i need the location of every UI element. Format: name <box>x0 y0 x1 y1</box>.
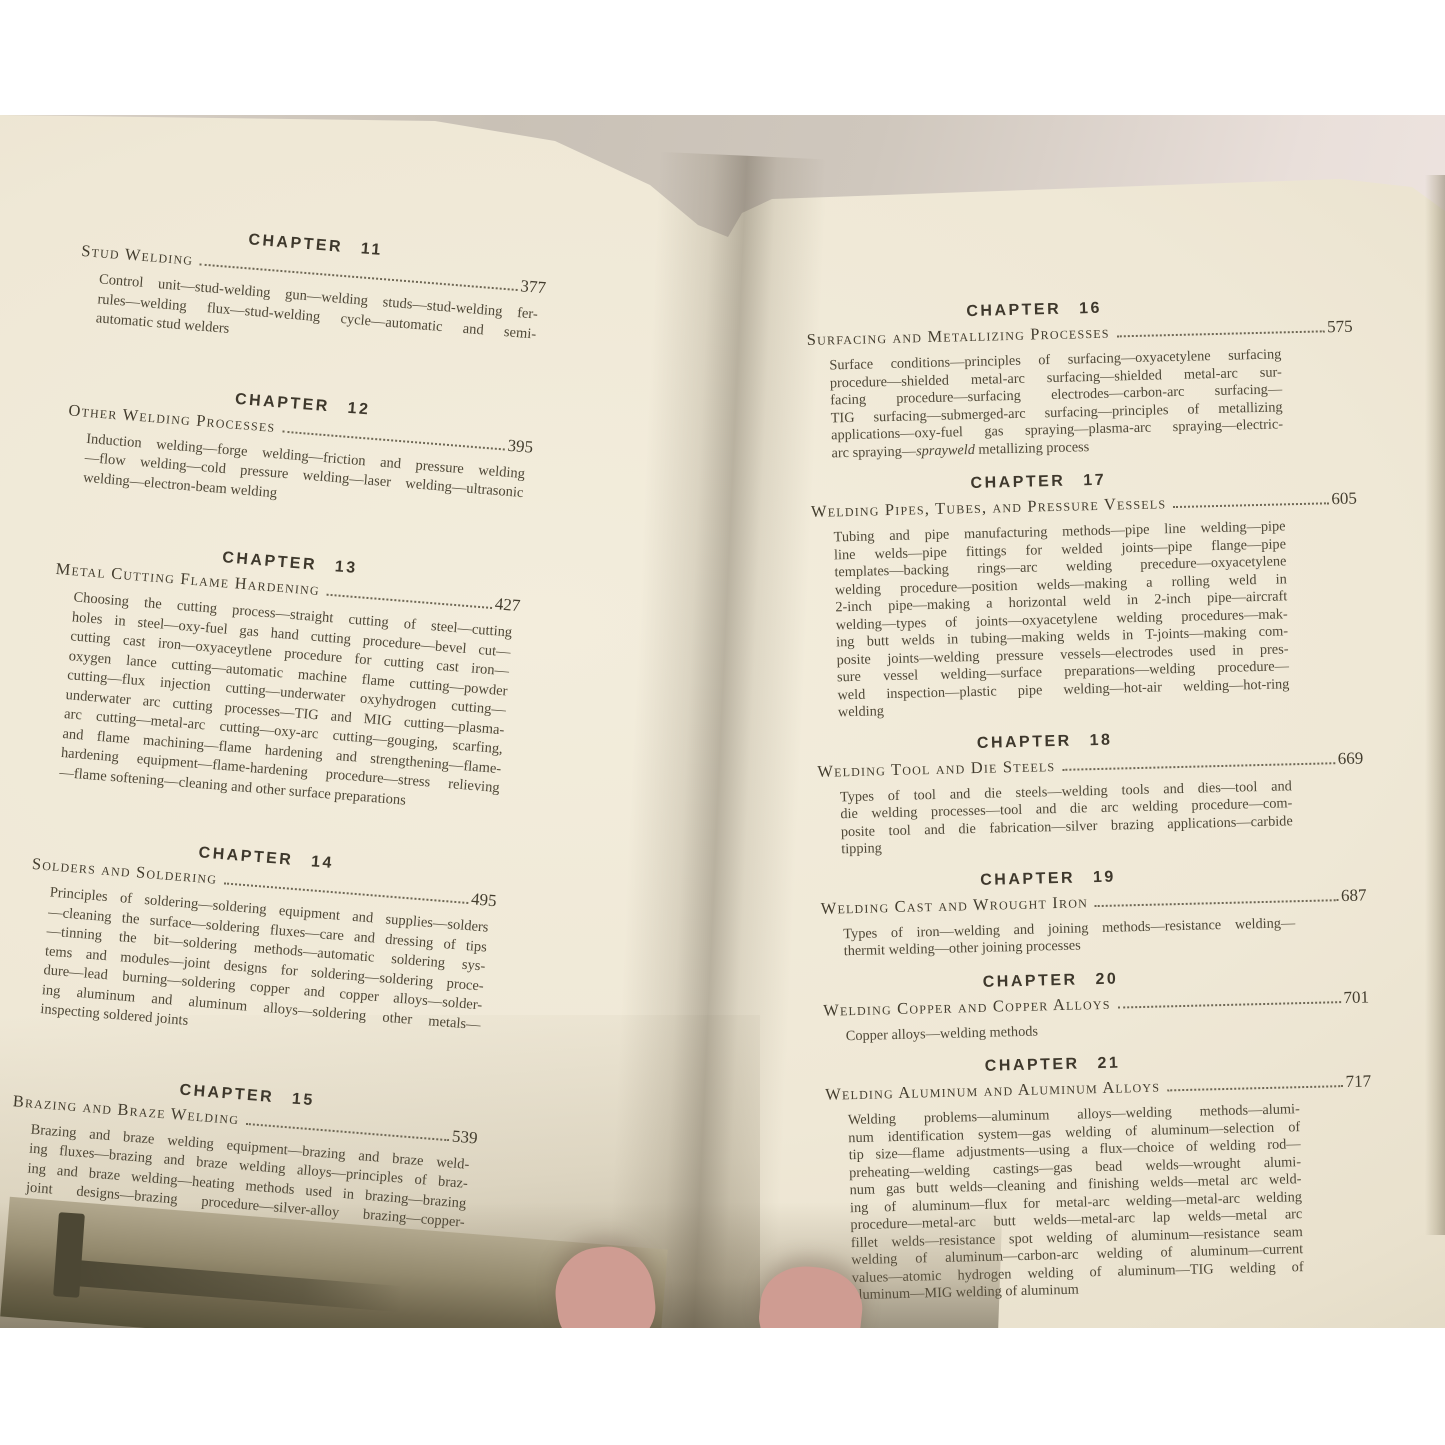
chapter-summary: Tubing and pipe manufacturing methods—pi… <box>833 518 1290 721</box>
chapter-entry: CHAPTER 18Welding Tool and Die Steels669… <box>817 725 1366 859</box>
chapter-title: Welding Aluminum and Aluminum Alloys <box>825 1077 1160 1105</box>
dotted-leader <box>1173 502 1328 508</box>
chapter-title: Stud Welding <box>81 241 195 270</box>
chapter-summary: Types of iron—welding and joining method… <box>843 915 1296 961</box>
chapter-page-number: 539 <box>451 1126 478 1148</box>
chapter-page-number: 687 <box>1341 885 1367 906</box>
chapter-summary: Surface conditions—principles of surfaci… <box>829 346 1283 462</box>
chapter-page-number: 377 <box>520 276 547 298</box>
chapter-page-number: 575 <box>1327 317 1353 338</box>
dotted-leader <box>326 594 491 609</box>
product-photo: CHAPTER 11Stud Welding377Control unit—st… <box>0 115 1445 1328</box>
summary-line: Copper alloys—welding methods <box>846 1017 1298 1046</box>
chapter-summary: Choosing the cutting process—straight cu… <box>59 588 513 818</box>
chapter-title: Welding Copper and Copper Alloys <box>823 993 1111 1020</box>
chapter-summary: Copper alloys—welding methods <box>846 1017 1298 1046</box>
chapter-title: Welding Tool and Die Steels <box>817 756 1055 782</box>
chapter-entry: CHAPTER 14Solders and Soldering495Princi… <box>20 831 500 1055</box>
dotted-leader <box>1118 1001 1341 1008</box>
chapter-page-number: 669 <box>1337 748 1363 769</box>
dotted-leader <box>1167 1085 1343 1091</box>
chapter-title: Welding Pipes, Tubes, and Pressure Vesse… <box>811 493 1167 522</box>
chapter-page-number: 605 <box>1331 489 1357 510</box>
chapter-page-number: 427 <box>494 594 521 616</box>
chapter-entry: CHAPTER 20Welding Copper and Copper Allo… <box>822 964 1370 1046</box>
chapter-page-number: 701 <box>1343 987 1369 1008</box>
chapter-entry: CHAPTER 17Welding Pipes, Tubes, and Pres… <box>810 466 1362 723</box>
chapter-page-number: 495 <box>470 889 497 911</box>
dotted-leader <box>1062 762 1334 771</box>
chapter-entry: CHAPTER 16Surfacing and Metallizing Proc… <box>806 294 1356 463</box>
page-fore-edge <box>1425 175 1445 1235</box>
chapter-title: Welding Cast and Wrought Iron <box>820 892 1088 919</box>
chapter-entry: CHAPTER 12Other Welding Processes395Indu… <box>62 377 535 524</box>
chapter-page-number: 395 <box>507 435 534 457</box>
left-page-chapters: CHAPTER 11Stud Welding377Control unit—st… <box>0 218 548 1328</box>
right-page-chapters: CHAPTER 16Surfacing and Metallizing Proc… <box>806 294 1377 1322</box>
dotted-leader <box>1095 899 1338 907</box>
chapter-entry: CHAPTER 19Welding Cast and Wrought Iron6… <box>820 862 1368 961</box>
chapter-page-number: 717 <box>1345 1071 1371 1092</box>
chapter-title: Surfacing and Metallizing Processes <box>807 323 1110 350</box>
chapter-summary: Principles of soldering—soldering equipm… <box>40 883 490 1054</box>
chapter-summary: Types of tool and die steels—welding too… <box>840 778 1294 859</box>
dotted-leader <box>1117 330 1325 337</box>
dotted-leader <box>246 1122 449 1140</box>
chapter-entry: CHAPTER 13Metal Cutting Flame Hardening4… <box>39 536 523 819</box>
